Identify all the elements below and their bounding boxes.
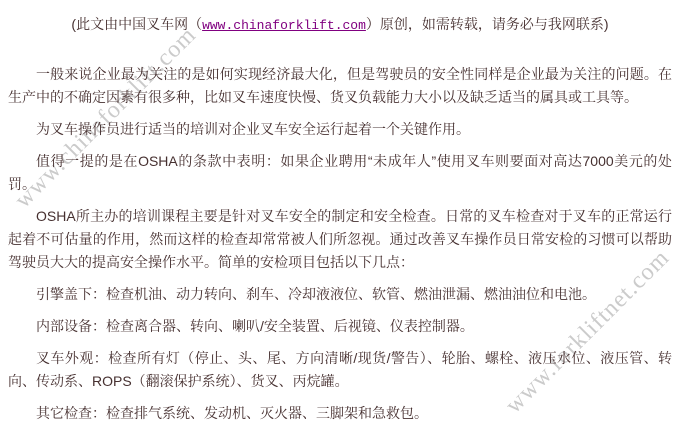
copyright-notice-suffix: ）原创，如需转载，请务必与我网联系): [366, 16, 609, 32]
paragraph-osha-penalty: 值得一提的是在OSHA的条款中表明：如果企业聘用“未成年人”使用叉车则要面对高达…: [8, 150, 672, 196]
chinaforklift-link[interactable]: www.chinaforklift.com: [202, 18, 366, 33]
copyright-notice: (此文由中国叉车网（www.chinaforklift.com）原创，如需转载，…: [8, 13, 672, 37]
copyright-notice-prefix: (此文由中国叉车网（: [71, 16, 202, 32]
paragraph-training-importance: 为叉车操作员进行适当的培训对企业叉车安全运行起着一个关键作用。: [8, 118, 672, 141]
paragraph-other-check: 其它检查：检查排气系统、发动机、灭火器、三脚架和急救包。: [8, 402, 672, 424]
paragraph-under-hood-check: 引擎盖下：检查机油、动力转向、刹车、冷却液液位、软管、燃油泄漏、燃油油位和电池。: [8, 283, 672, 306]
paragraph-overview: 一般来说企业最为关注的是如何实现经济最大化，但是驾驶员的安全性同样是企业最为关注…: [8, 63, 672, 109]
paragraph-osha-course: OSHA所主办的培训课程主要是针对叉车安全的制定和安全检查。日常的叉车检查对于叉…: [8, 205, 672, 274]
article-page: (此文由中国叉车网（www.chinaforklift.com）原创，如需转载，…: [0, 0, 680, 424]
paragraph-interior-equipment-check: 内部设备：检查离合器、转向、喇叭/安全装置、后视镜、仪表控制器。: [8, 315, 672, 338]
paragraph-exterior-check: 叉车外观：检查所有灯（停止、头、尾、方向清晰/现货/警告）、轮胎、螺栓、液压水位…: [8, 347, 672, 393]
